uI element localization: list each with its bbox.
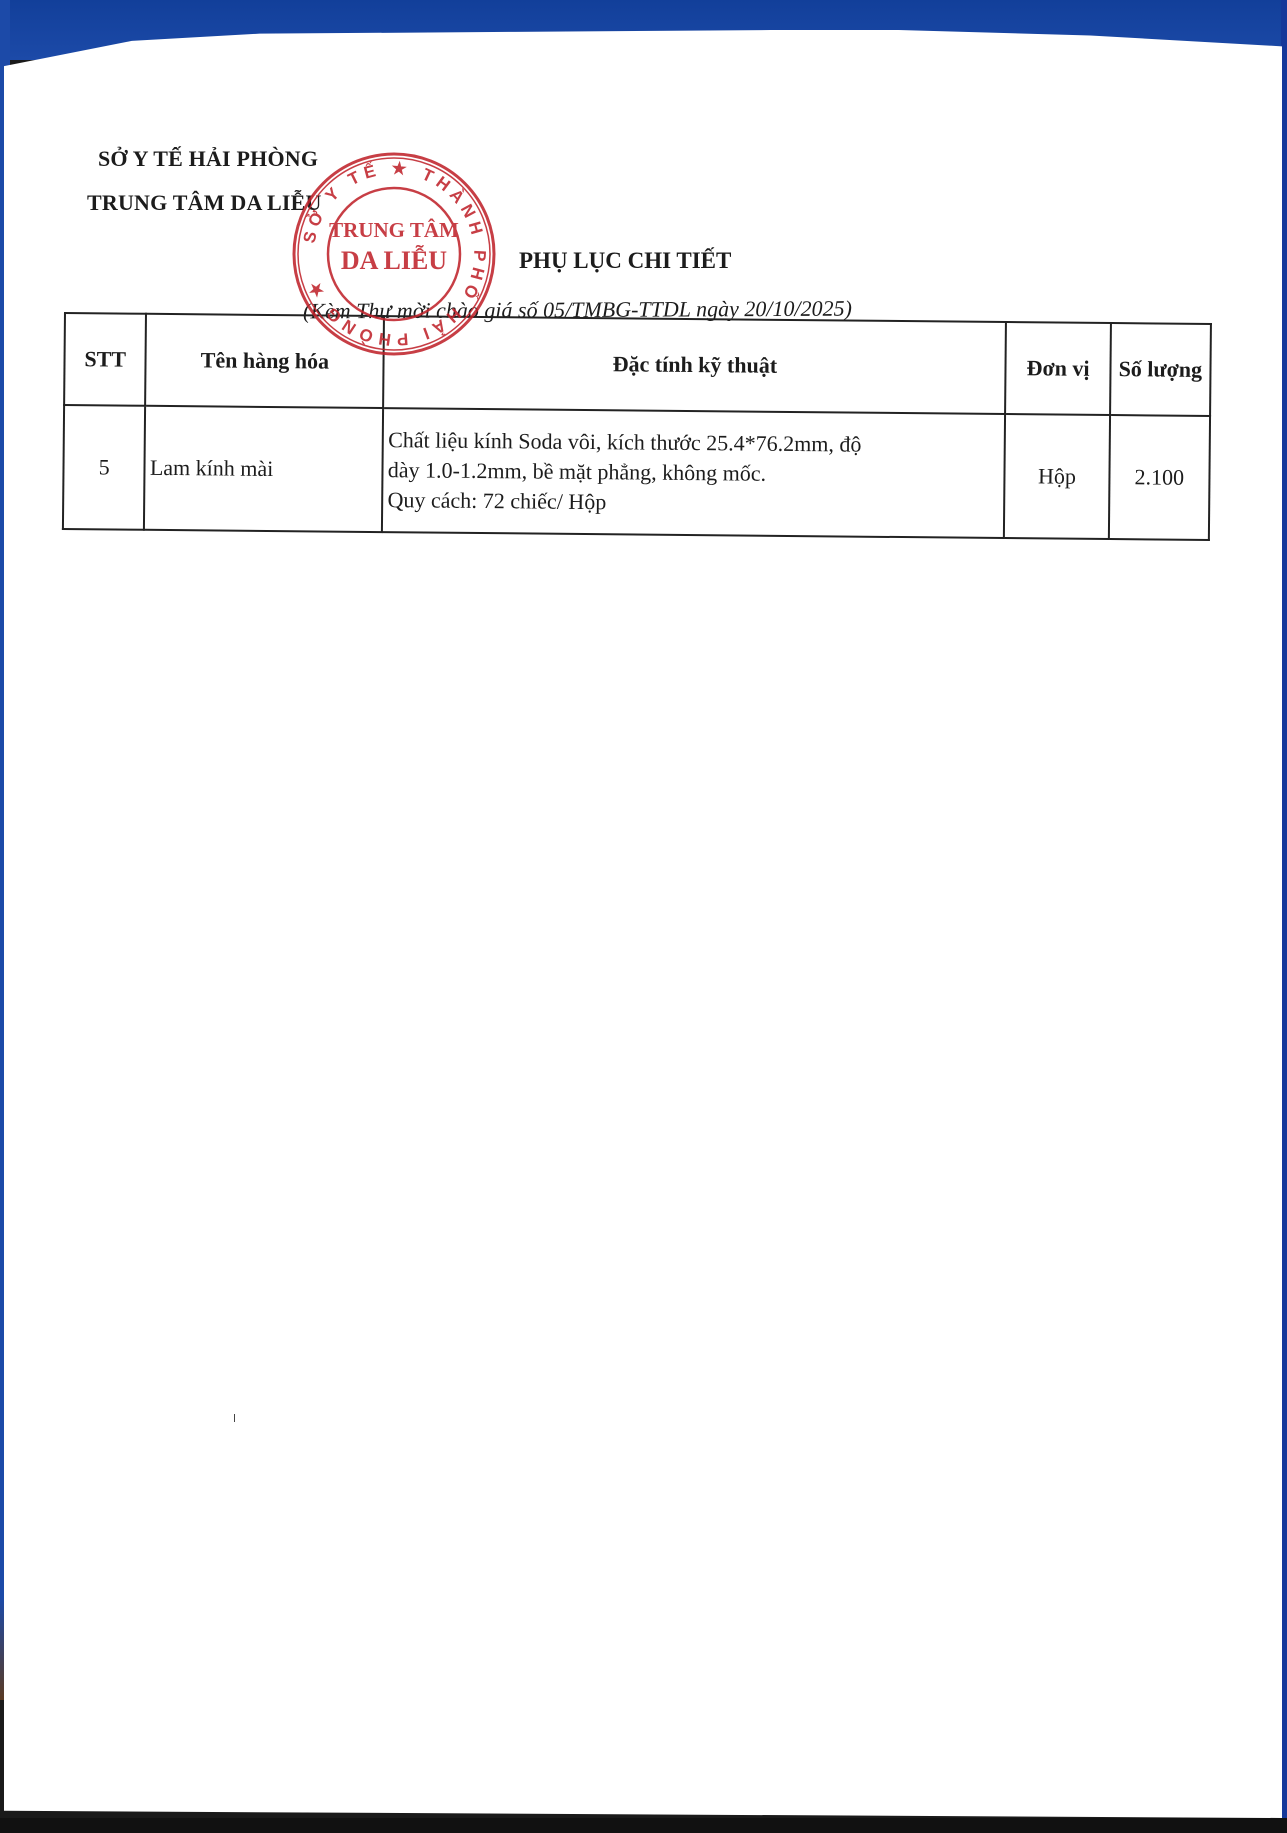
table-row: 5 Lam kính mài Chất liệu kính Soda vôi, …: [63, 405, 1210, 540]
header-qty: Số lượng: [1110, 323, 1211, 416]
document-title: PHỤ LỤC CHI TIẾT: [519, 248, 731, 274]
header-spec: Đặc tính kỹ thuật: [383, 316, 1006, 414]
header-stt: STT: [64, 313, 146, 406]
cell-unit: Hộp: [1004, 414, 1110, 539]
cell-stt: 5: [63, 405, 146, 530]
org-parent-name: SỞ Y TẾ HẢI PHÒNG: [98, 146, 318, 172]
cell-spec: Chất liệu kính Soda vôi, kích thước 25.4…: [382, 408, 1005, 538]
cell-qty: 2.100: [1109, 415, 1210, 540]
scan-backdrop-bottom: [0, 1818, 1287, 1833]
scan-artifact-mark: [234, 1414, 235, 1422]
document-page: [4, 12, 1282, 1818]
table-header-row: STT Tên hàng hóa Đặc tính kỹ thuật Đơn v…: [64, 313, 1211, 416]
header-unit: Đơn vị: [1005, 322, 1110, 415]
cell-name: Lam kính mài: [144, 406, 383, 532]
header-name: Tên hàng hóa: [146, 314, 385, 408]
spec-table: STT Tên hàng hóa Đặc tính kỹ thuật Đơn v…: [62, 312, 1212, 541]
spec-line: Quy cách: 72 chiếc/ Hộp: [387, 485, 999, 521]
org-name: TRUNG TÂM DA LIỄU: [87, 190, 322, 216]
